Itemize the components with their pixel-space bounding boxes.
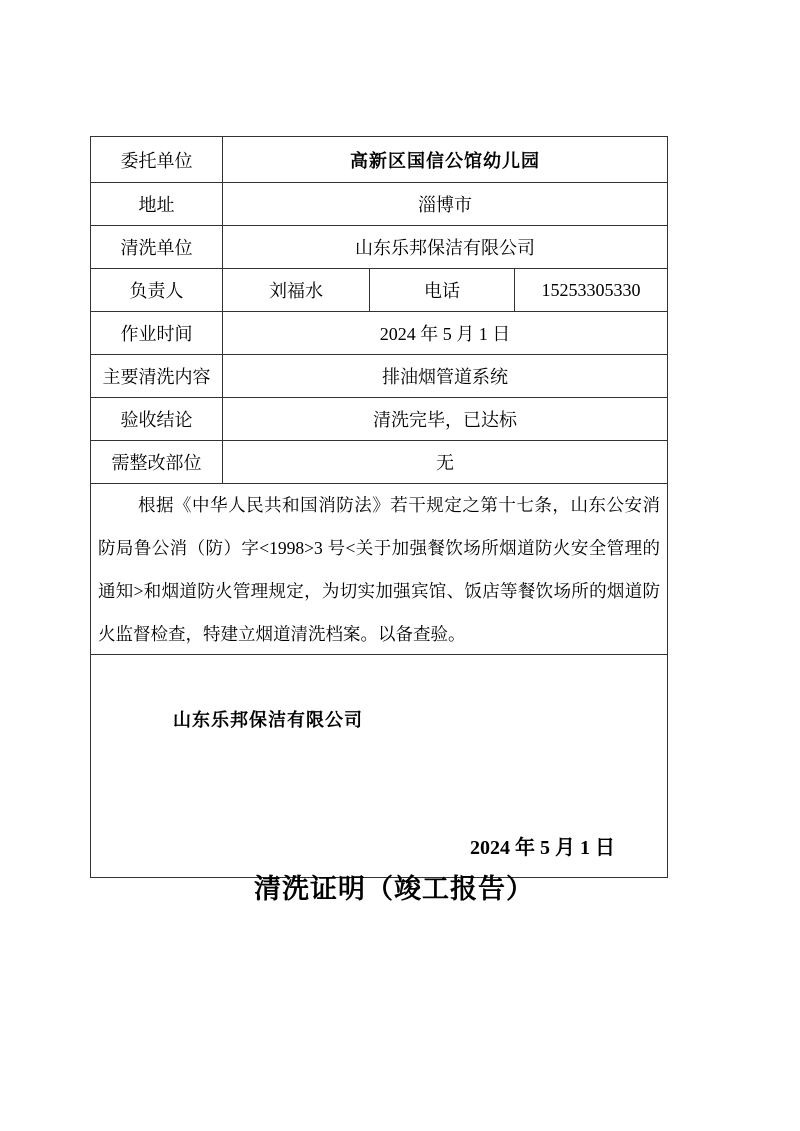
- main-content-label: 主要清洗内容: [91, 355, 223, 398]
- row-main-content: 主要清洗内容 排油烟管道系统: [91, 355, 668, 398]
- row-statement: 根据《中华人民共和国消防法》若干规定之第十七条，山东公安消防局鲁公消（防）字<1…: [91, 484, 668, 655]
- client-label: 委托单位: [91, 137, 223, 183]
- client-value: 高新区国信公馆幼儿园: [223, 137, 668, 183]
- row-work-time: 作业时间 2024 年 5 月 1 日: [91, 312, 668, 355]
- address-value: 淄博市: [223, 183, 668, 226]
- statement-paragraph: 根据《中华人民共和国消防法》若干规定之第十七条，山东公安消防局鲁公消（防）字<1…: [91, 484, 667, 654]
- main-content-value: 排油烟管道系统: [223, 355, 668, 398]
- conclusion-label: 验收结论: [91, 398, 223, 441]
- work-time-value: 2024 年 5 月 1 日: [223, 312, 668, 355]
- signature-company: 山东乐邦保洁有限公司: [173, 706, 363, 732]
- cleaning-company-label: 清洗单位: [91, 226, 223, 269]
- row-manager-phone: 负责人 刘福水 电话 15253305330: [91, 269, 668, 312]
- manager-value: 刘福水: [223, 269, 370, 312]
- document-title: 清洗证明（竣工报告）: [91, 872, 697, 906]
- document-page: 委托单位 高新区国信公馆幼儿园 地址 淄博市 清洗单位 山东乐邦保洁有限公司 负…: [0, 0, 800, 1131]
- row-rectify: 需整改部位 无: [91, 441, 668, 484]
- statement-cell: 根据《中华人民共和国消防法》若干规定之第十七条，山东公安消防局鲁公消（防）字<1…: [91, 484, 668, 655]
- work-time-label: 作业时间: [91, 312, 223, 355]
- phone-label: 电话: [370, 269, 515, 312]
- rectify-value: 无: [223, 441, 668, 484]
- signature-cell: 山东乐邦保洁有限公司 2024 年 5 月 1 日: [91, 655, 668, 878]
- phone-value: 15253305330: [515, 269, 668, 312]
- address-label: 地址: [91, 183, 223, 226]
- row-client: 委托单位 高新区国信公馆幼儿园: [91, 137, 668, 183]
- signature-date: 2024 年 5 月 1 日: [470, 831, 615, 860]
- row-address: 地址 淄博市: [91, 183, 668, 226]
- row-cleaning-company: 清洗单位 山东乐邦保洁有限公司: [91, 226, 668, 269]
- cleaning-company-value: 山东乐邦保洁有限公司: [223, 226, 668, 269]
- cleaning-certificate-table: 委托单位 高新区国信公馆幼儿园 地址 淄博市 清洗单位 山东乐邦保洁有限公司 负…: [90, 136, 668, 878]
- row-conclusion: 验收结论 清洗完毕，已达标: [91, 398, 668, 441]
- manager-label: 负责人: [91, 269, 223, 312]
- conclusion-value: 清洗完毕，已达标: [223, 398, 668, 441]
- row-signature: 山东乐邦保洁有限公司 2024 年 5 月 1 日: [91, 655, 668, 878]
- rectify-label: 需整改部位: [91, 441, 223, 484]
